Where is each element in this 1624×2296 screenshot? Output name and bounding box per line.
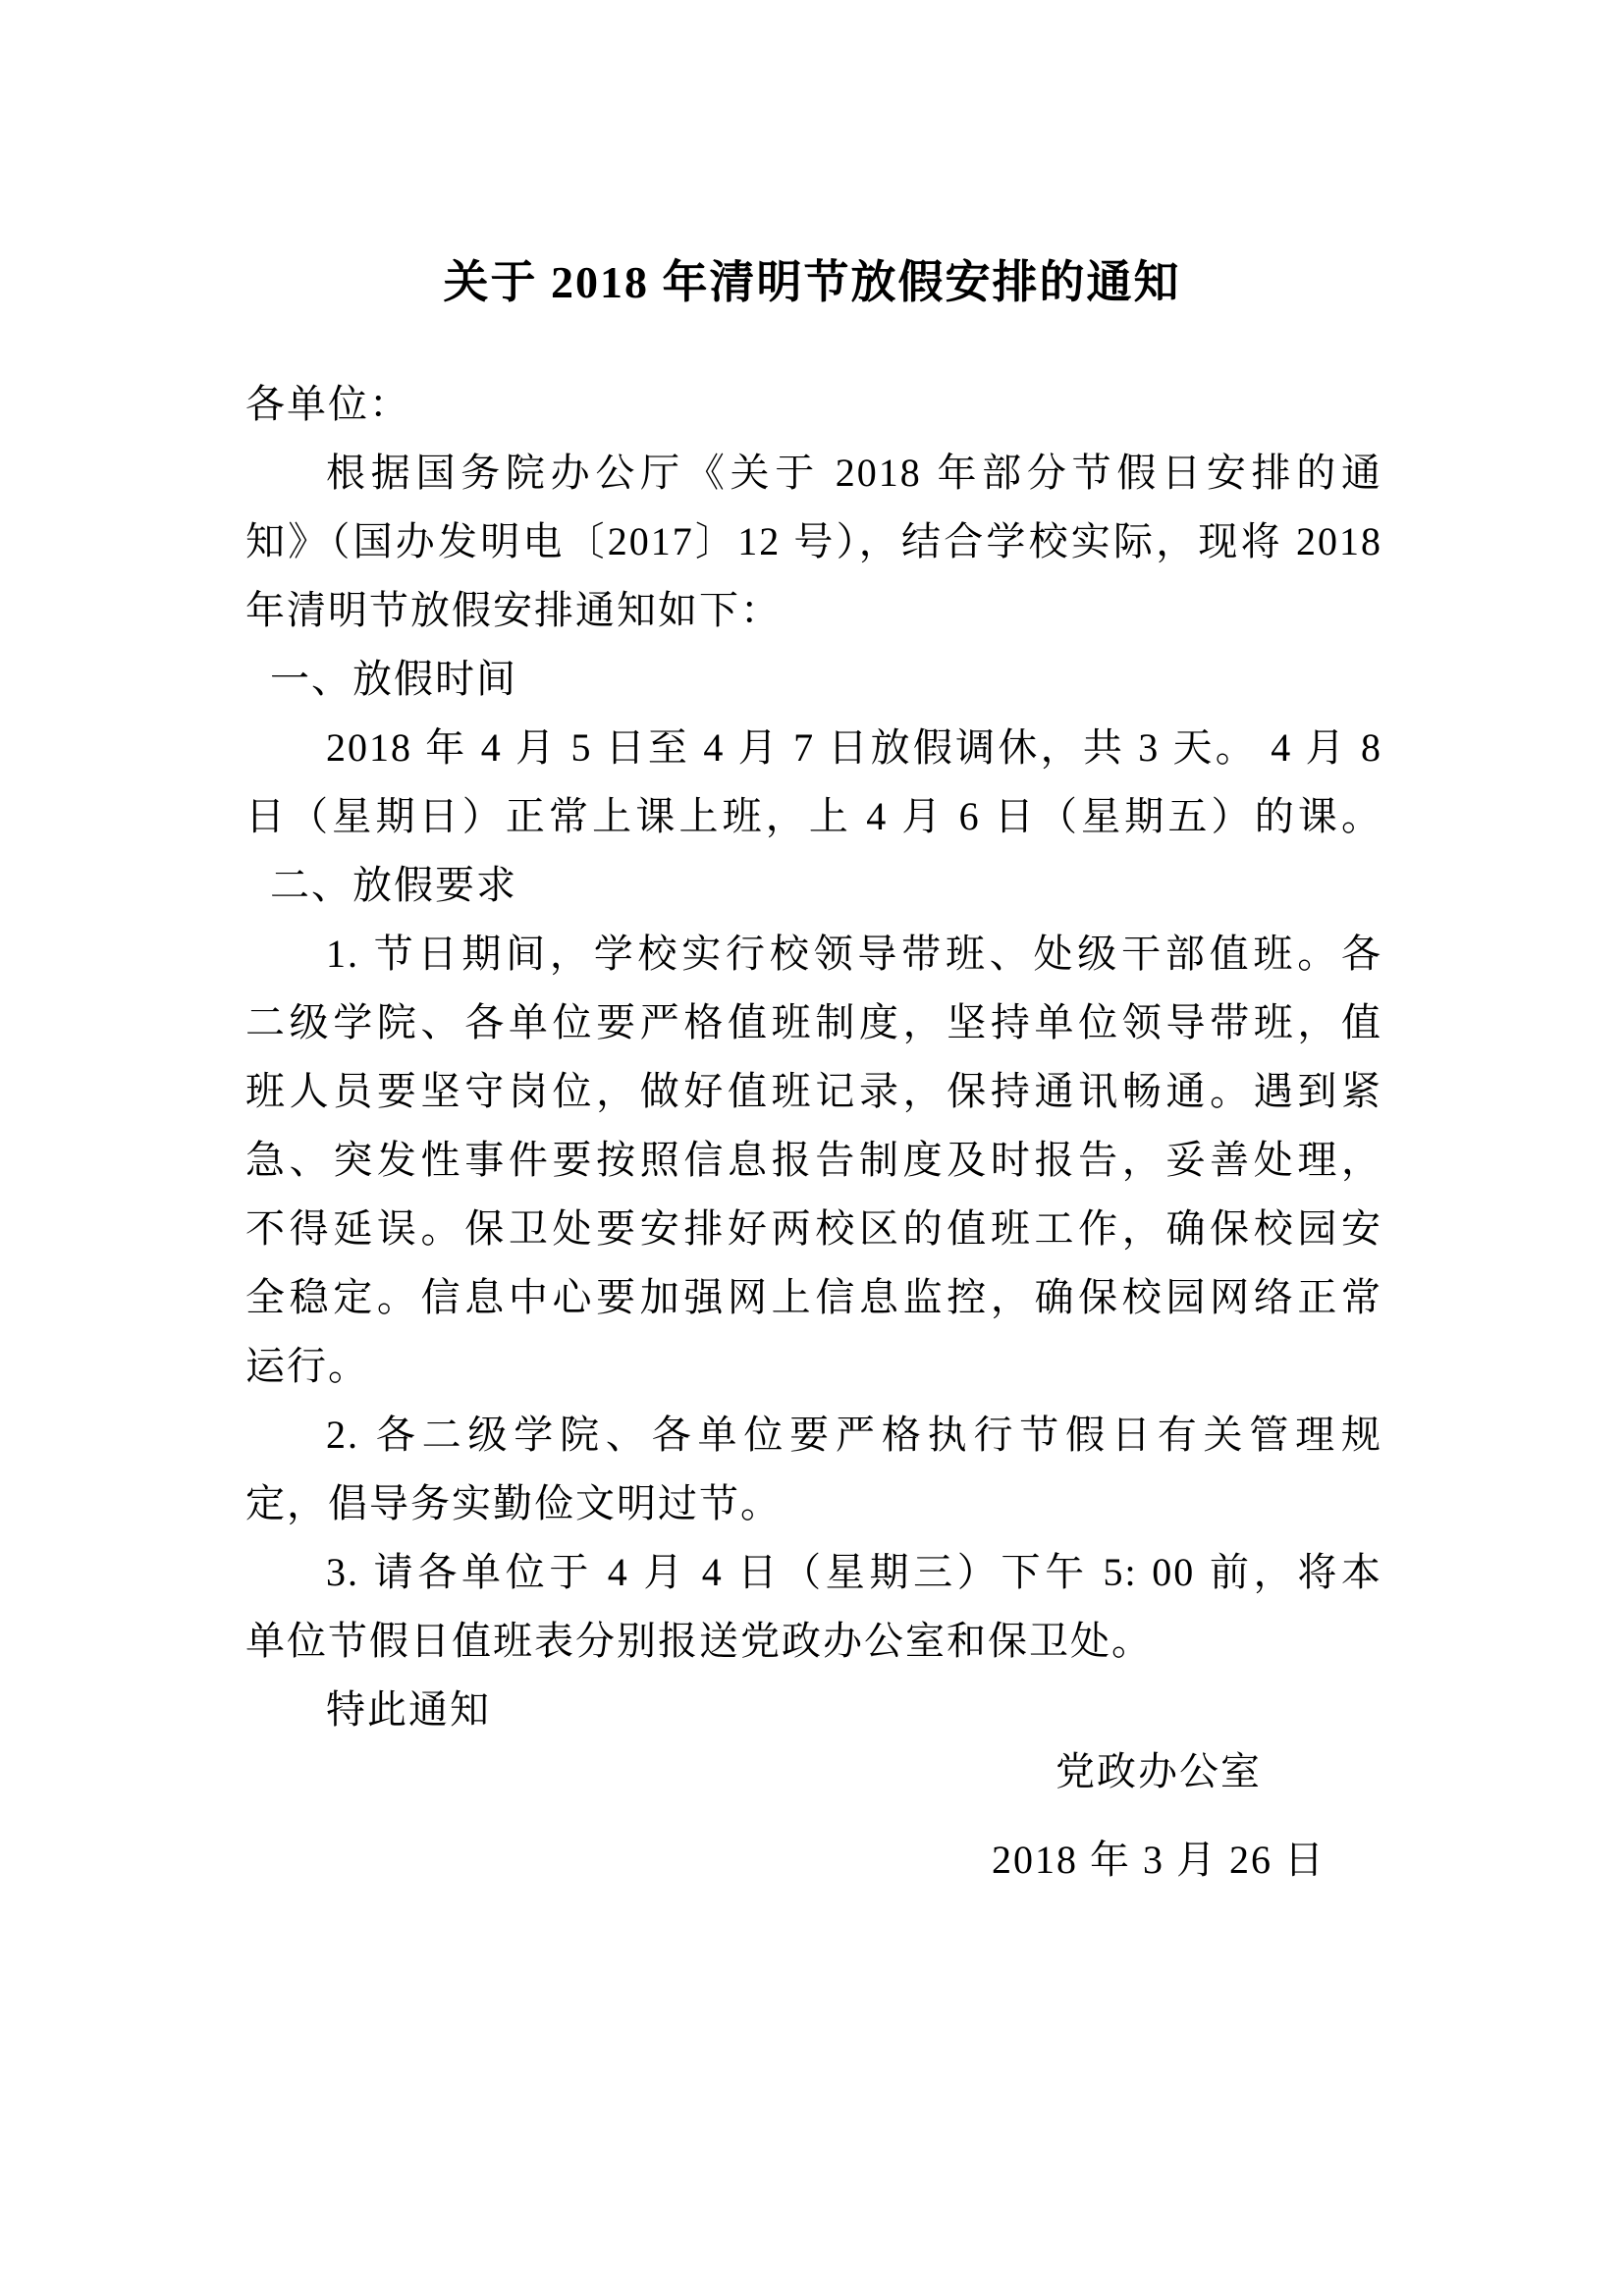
body-line: 知》（国办发明电〔2017〕12 号），结合学校实际，现将 2018 <box>245 507 1382 576</box>
body-line: 2018 年 4 月 5 日至 4 月 7 日放假调休，共 3 天。 4 月 8 <box>245 714 1382 782</box>
body-line: 班人员要坚守岗位，做好值班记录，保持通讯畅通。遇到紧 <box>245 1057 1382 1126</box>
signature: 党政办公室 <box>982 1737 1335 1806</box>
body-line: 根据国务院办公厅《关于 2018 年部分节假日安排的通 <box>245 439 1382 507</box>
document-body: 各单位： 根据国务院办公厅《关于 2018 年部分节假日安排的通 知》（国办发明… <box>245 370 1382 1744</box>
body-line: 急、突发性事件要按照信息报告制度及时报告，妥善处理， <box>245 1126 1382 1195</box>
body-line: 不得延误。保卫处要安排好两校区的值班工作，确保校园安 <box>245 1195 1382 1263</box>
body-line: 日（星期日）正常上课上班，上 4 月 6 日（星期五）的课。 <box>245 782 1382 851</box>
body-line: 2. 各二级学院、各单位要严格执行节假日有关管理规 <box>245 1401 1382 1469</box>
document-page: 关于 2018 年清明节放假安排的通知 各单位： 根据国务院办公厅《关于 201… <box>0 0 1624 2296</box>
signature-block: 党政办公室 2018 年 3 月 26 日 <box>982 1737 1335 1895</box>
body-line: 定，倡导务实勤俭文明过节。 <box>245 1469 1382 1538</box>
section-heading: 一、放假时间 <box>245 645 1382 714</box>
body-line: 1. 节日期间，学校实行校领导带班、处级干部值班。各 <box>245 920 1382 988</box>
body-line: 年清明节放假安排通知如下： <box>245 576 1382 645</box>
body-line: 运行。 <box>245 1332 1382 1401</box>
document-title: 关于 2018 年清明节放假安排的通知 <box>0 246 1624 311</box>
body-line: 单位节假日值班表分别报送党政办公室和保卫处。 <box>245 1607 1382 1676</box>
body-line: 3. 请各单位于 4 月 4 日（星期三）下午 5: 00 前，将本 <box>245 1538 1382 1607</box>
body-line: 全稳定。信息中心要加强网上信息监控，确保校园网络正常 <box>245 1263 1382 1332</box>
closing-line: 特此通知 <box>245 1676 1382 1744</box>
salutation-line: 各单位： <box>245 370 1382 439</box>
body-line: 二级学院、各单位要严格值班制度，坚持单位领导带班，值 <box>245 988 1382 1057</box>
section-heading: 二、放假要求 <box>245 851 1382 920</box>
date-line: 2018 年 3 月 26 日 <box>982 1826 1335 1895</box>
